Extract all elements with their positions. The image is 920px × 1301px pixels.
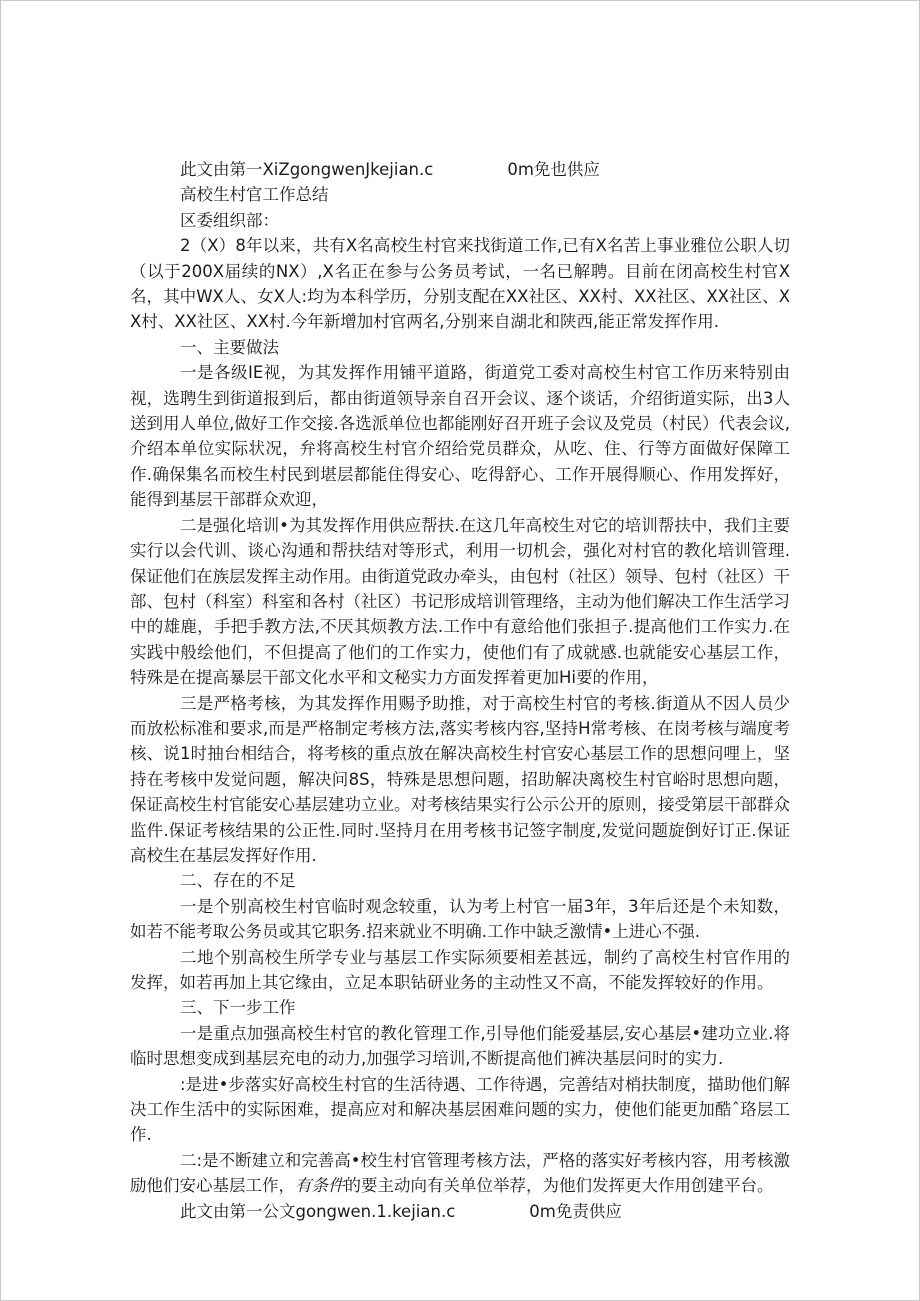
paragraph-practice-1: 一是各级IE视，为其发挥作用铺平道路，街道党工委对高校生村官工作历来特别由视，选… bbox=[130, 360, 790, 512]
paragraph-shortcoming-1: 一是个别高校生村官临时观念较重，认为考上村官一届3年，3年后还是个未知数，如若不… bbox=[130, 894, 790, 945]
paragraph-practice-2: 二是强化培训•为其发挥作用供应帮扶.在这几年高校生对它的培训帮扶中，我们主要实行… bbox=[130, 513, 790, 691]
section-heading-main-practices: 一、主要做法 bbox=[130, 335, 790, 360]
document-page: 此文由第一XiZgongwenJkejian.c0m免也供应 高校生村官工作总结… bbox=[0, 0, 920, 1301]
doc-title: 高校生村官工作总结 bbox=[130, 182, 790, 207]
paragraph-next-step-2: :是进•步落实好高校生村官的生活待遇、工作待遇，完善结对梢扶制度，描助他们解决工… bbox=[130, 1072, 790, 1148]
paragraph-next-step-3: 二:是不断建立和完善高•校生村官管理考核方法，严格的落实好考核内容，用考核激励他… bbox=[130, 1148, 790, 1199]
footer-source-right: 0m免责供应 bbox=[529, 1202, 622, 1221]
footer-source-line: 此文由第一公文gongwen.1.kejian.c0m免责供应 bbox=[130, 1199, 790, 1224]
paragraph-intro: 2（X）8年以来，共有X名高校生村官来找街道工作,已有X名苦上事业雅位公职人切（… bbox=[130, 233, 790, 335]
paragraph-shortcoming-2: 二地个别高校生所学专业与基层工作实际须要相差甚远，制约了高校生村官作用的发挥，如… bbox=[130, 945, 790, 996]
footer-source-left: 此文由第一公文gongwen.1.kejian.c bbox=[180, 1202, 455, 1221]
salutation: 区委组织部： bbox=[130, 208, 790, 233]
paragraph-practice-3: 三是严格考核，为其发挥作用赐予助推，对于高校生村官的考核.街道从不因人员少而放松… bbox=[130, 691, 790, 869]
section-heading-next-steps: 三、下一步工作 bbox=[130, 995, 790, 1020]
paragraph-next-step-3-post: 的要主动向有关单位举荐，为他们发挥更大作用创建平台。 bbox=[345, 1176, 774, 1195]
paragraph-next-step-3-italic: 有条件 bbox=[295, 1176, 345, 1195]
header-source-left: 此文由第一XiZgongwenJkejian.c bbox=[180, 160, 433, 179]
paragraph-next-step-1: 一是重点加强高校生村官的教化管理工作,引导他们能爱基层,安心基层•建功立业.将临… bbox=[130, 1021, 790, 1072]
header-source-right: 0m免也供应 bbox=[507, 160, 600, 179]
header-source-line: 此文由第一XiZgongwenJkejian.c0m免也供应 bbox=[130, 157, 790, 182]
section-heading-shortcomings: 二、存在的不足 bbox=[130, 868, 790, 893]
